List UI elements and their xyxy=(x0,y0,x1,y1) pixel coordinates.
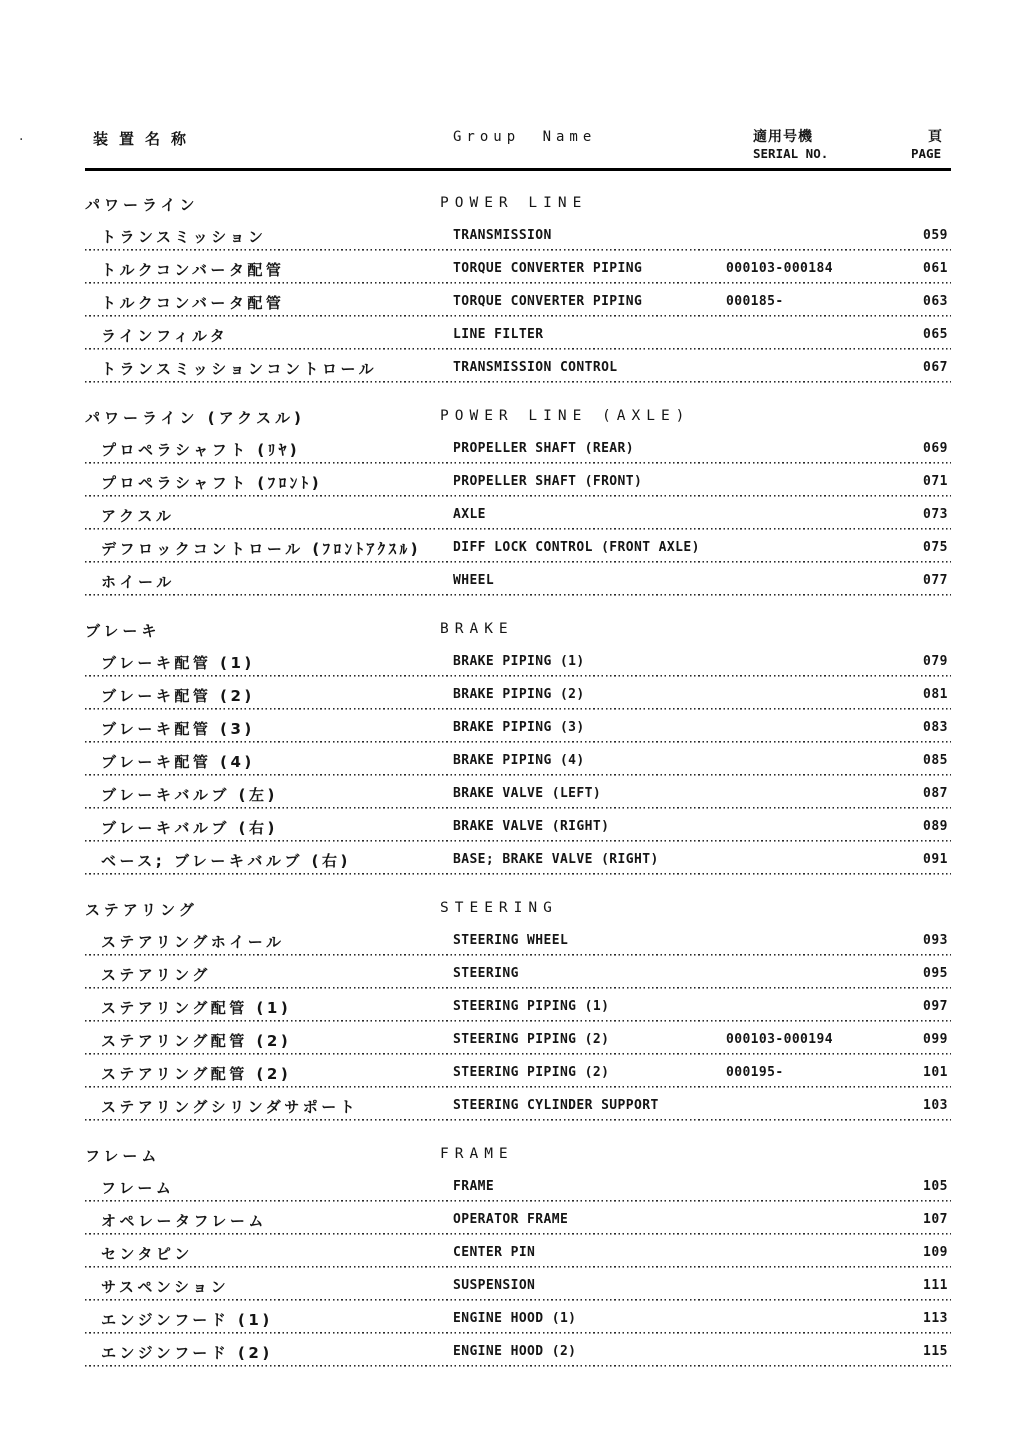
toc-row: オペレータフレーム OPERATOR FRAME 107 xyxy=(85,1203,951,1236)
row-device-name-jp: ブレーキ配管 (3) xyxy=(101,718,255,739)
row-group-name-en: STEERING PIPING (1) xyxy=(453,999,609,1014)
row-device-name-jp: サスペンション xyxy=(101,1276,229,1297)
section-title-jp: パワーライン xyxy=(85,194,199,215)
row-dotted-separator xyxy=(85,675,951,677)
row-device-name-jp: ラインフィルタ xyxy=(101,325,228,346)
row-device-name-jp: オペレータフレーム xyxy=(101,1210,267,1231)
toc-row: トランスミッション TRANSMISSION 059 xyxy=(85,219,951,252)
toc-row: エンジンフード (2) ENGINE HOOD (2) 115 xyxy=(85,1335,951,1368)
row-page-number: 097 xyxy=(880,999,948,1014)
row-page-number: 087 xyxy=(880,786,948,801)
toc-section: フレーム FRAME フレーム FRAME 105 オペレータフレーム OPER… xyxy=(85,1139,951,1368)
row-dotted-separator xyxy=(85,348,951,350)
toc-row: トルクコンバータ配管 TORQUE CONVERTER PIPING 00010… xyxy=(85,252,951,285)
toc-row: ブレーキ配管 (3) BRAKE PIPING (3) 083 xyxy=(85,711,951,744)
toc-row: ステアリング配管 (2) STEERING PIPING (2) 000195-… xyxy=(85,1056,951,1089)
row-dotted-separator xyxy=(85,708,951,710)
row-device-name-jp: ベース; ブレーキバルブ (右) xyxy=(101,850,351,871)
row-group-name-en: STEERING PIPING (2) xyxy=(453,1032,609,1047)
row-group-name-en: BRAKE VALVE (RIGHT) xyxy=(453,819,609,834)
row-device-name-jp: フレーム xyxy=(101,1177,174,1198)
scanned-parts-catalog-index-page: . 装置名称 Group Name 適用号機 SERIAL NO. 頁 PAGE… xyxy=(0,0,1024,1452)
row-group-name-en: TRANSMISSION xyxy=(453,228,552,243)
row-dotted-separator xyxy=(85,594,951,596)
row-group-name-en: BRAKE PIPING (3) xyxy=(453,720,585,735)
row-dotted-separator xyxy=(85,807,951,809)
row-group-name-en: BRAKE PIPING (1) xyxy=(453,654,585,669)
toc-row: トランスミッションコントロール TRANSMISSION CONTROL 067 xyxy=(85,351,951,384)
row-dotted-separator xyxy=(85,249,951,251)
toc-row: ブレーキ配管 (2) BRAKE PIPING (2) 081 xyxy=(85,678,951,711)
row-page-number: 059 xyxy=(880,228,948,243)
row-dotted-separator xyxy=(85,1266,951,1268)
row-group-name-en: DIFF LOCK CONTROL (FRONT AXLE) xyxy=(453,540,700,555)
row-group-name-en: LINE FILTER xyxy=(453,327,544,342)
row-device-name-jp: ステアリング配管 (1) xyxy=(101,997,291,1018)
row-page-number: 077 xyxy=(880,573,948,588)
row-device-name-jp: プロペラシャフト (ﾘﾔ) xyxy=(101,439,300,460)
row-dotted-separator xyxy=(85,1200,951,1202)
toc-row: ブレーキバルブ (左) BRAKE VALVE (LEFT) 087 xyxy=(85,777,951,810)
row-dotted-separator xyxy=(85,282,951,284)
row-group-name-en: ENGINE HOOD (2) xyxy=(453,1344,576,1359)
row-device-name-jp: ステアリング xyxy=(101,964,211,985)
row-device-name-jp: トルクコンバータ配管 xyxy=(101,259,284,280)
row-device-name-jp: ステアリングホイール xyxy=(101,931,285,952)
toc-row: ステアリング配管 (1) STEERING PIPING (1) 097 xyxy=(85,990,951,1023)
row-group-name-en: SUSPENSION xyxy=(453,1278,535,1293)
row-serial-no: 000103-000184 xyxy=(726,261,833,276)
row-group-name-en: TORQUE CONVERTER PIPING xyxy=(453,294,642,309)
row-dotted-separator xyxy=(85,1119,951,1121)
toc-row: ステアリングシリンダサポート STEERING CYLINDER SUPPORT… xyxy=(85,1089,951,1122)
row-page-number: 089 xyxy=(880,819,948,834)
row-serial-no: 000195- xyxy=(726,1065,784,1080)
row-dotted-separator xyxy=(85,1332,951,1334)
row-device-name-jp: ブレーキバルブ (左) xyxy=(101,784,278,805)
row-page-number: 091 xyxy=(880,852,948,867)
section-title-jp: パワーライン (アクスル) xyxy=(85,407,305,428)
row-group-name-en: TORQUE CONVERTER PIPING xyxy=(453,261,642,276)
row-group-name-en: STEERING CYLINDER SUPPORT xyxy=(453,1098,659,1113)
row-dotted-separator xyxy=(85,1020,951,1022)
row-group-name-en: BRAKE PIPING (2) xyxy=(453,687,585,702)
column-header-page-jp: 頁 xyxy=(928,126,942,146)
row-device-name-jp: ブレーキ配管 (2) xyxy=(101,685,255,706)
toc-row: センタピン CENTER PIN 109 xyxy=(85,1236,951,1269)
row-page-number: 079 xyxy=(880,654,948,669)
row-device-name-jp: プロペラシャフト (ﾌﾛﾝﾄ) xyxy=(101,472,322,493)
row-device-name-jp: ステアリングシリンダサポート xyxy=(101,1096,358,1117)
toc-sections: パワーライン POWER LINE トランスミッション TRANSMISSION… xyxy=(85,188,951,1368)
section-header: パワーライン POWER LINE xyxy=(85,188,951,219)
row-dotted-separator xyxy=(85,315,951,317)
row-dotted-separator xyxy=(85,1086,951,1088)
section-title-en: STEERING xyxy=(440,900,558,916)
row-dotted-separator xyxy=(85,1365,951,1367)
row-serial-no: 000185- xyxy=(726,294,784,309)
row-dotted-separator xyxy=(85,987,951,989)
section-rows: ステアリングホイール STEERING WHEEL 093 ステアリング STE… xyxy=(85,924,951,1122)
row-group-name-en: BRAKE PIPING (4) xyxy=(453,753,585,768)
toc-row: エンジンフード (1) ENGINE HOOD (1) 113 xyxy=(85,1302,951,1335)
column-header-page-en: PAGE xyxy=(911,146,941,161)
row-device-name-jp: トルクコンバータ配管 xyxy=(101,292,284,313)
row-page-number: 109 xyxy=(880,1245,948,1260)
toc-row: トルクコンバータ配管 TORQUE CONVERTER PIPING 00018… xyxy=(85,285,951,318)
toc-row: フレーム FRAME 105 xyxy=(85,1170,951,1203)
row-page-number: 067 xyxy=(880,360,948,375)
row-group-name-en: FRAME xyxy=(453,1179,494,1194)
row-page-number: 113 xyxy=(880,1311,948,1326)
toc-row: プロペラシャフト (ﾌﾛﾝﾄ) PROPELLER SHAFT (FRONT) … xyxy=(85,465,951,498)
stray-scan-mark: . xyxy=(19,128,23,144)
row-page-number: 095 xyxy=(880,966,948,981)
row-serial-no: 000103-000194 xyxy=(726,1032,833,1047)
column-header-device-name: 装置名称 xyxy=(93,128,197,149)
row-group-name-en: BRAKE VALVE (LEFT) xyxy=(453,786,601,801)
row-group-name-en: BASE; BRAKE VALVE (RIGHT) xyxy=(453,852,659,867)
row-page-number: 099 xyxy=(880,1032,948,1047)
toc-row: デフロックコントロール (ﾌﾛﾝﾄｱｸｽﾙ) DIFF LOCK CONTROL… xyxy=(85,531,951,564)
row-dotted-separator xyxy=(85,774,951,776)
column-header-serial-en: SERIAL NO. xyxy=(753,146,828,161)
row-page-number: 101 xyxy=(880,1065,948,1080)
toc-row: ステアリング STEERING 095 xyxy=(85,957,951,990)
row-page-number: 093 xyxy=(880,933,948,948)
row-dotted-separator xyxy=(85,1233,951,1235)
toc-row: ラインフィルタ LINE FILTER 065 xyxy=(85,318,951,351)
row-group-name-en: CENTER PIN xyxy=(453,1245,535,1260)
row-dotted-separator xyxy=(85,462,951,464)
toc-row: サスペンション SUSPENSION 111 xyxy=(85,1269,951,1302)
section-rows: ブレーキ配管 (1) BRAKE PIPING (1) 079 ブレーキ配管 (… xyxy=(85,645,951,876)
row-page-number: 069 xyxy=(880,441,948,456)
toc-row: プロペラシャフト (ﾘﾔ) PROPELLER SHAFT (REAR) 069 xyxy=(85,432,951,465)
section-title-en: POWER LINE xyxy=(440,195,587,211)
toc-row: ステアリング配管 (2) STEERING PIPING (2) 000103-… xyxy=(85,1023,951,1056)
section-title-en: FRAME xyxy=(440,1146,514,1162)
row-dotted-separator xyxy=(85,954,951,956)
section-title-en: BRAKE xyxy=(440,621,514,637)
row-group-name-en: AXLE xyxy=(453,507,486,522)
row-group-name-en: PROPELLER SHAFT (FRONT) xyxy=(453,474,642,489)
row-device-name-jp: センタピン xyxy=(101,1243,193,1264)
section-title-jp: フレーム xyxy=(85,1145,160,1166)
row-group-name-en: PROPELLER SHAFT (REAR) xyxy=(453,441,634,456)
row-dotted-separator xyxy=(85,840,951,842)
toc-section: パワーライン POWER LINE トランスミッション TRANSMISSION… xyxy=(85,188,951,384)
section-header: ステアリング STEERING xyxy=(85,893,951,924)
toc-section: ステアリング STEERING ステアリングホイール STEERING WHEE… xyxy=(85,893,951,1122)
row-dotted-separator xyxy=(85,561,951,563)
toc-section: パワーライン (アクスル) POWER LINE (AXLE) プロペラシャフト… xyxy=(85,401,951,597)
row-group-name-en: WHEEL xyxy=(453,573,494,588)
toc-row: ブレーキ配管 (1) BRAKE PIPING (1) 079 xyxy=(85,645,951,678)
row-dotted-separator xyxy=(85,1053,951,1055)
row-device-name-jp: エンジンフード (2) xyxy=(101,1342,273,1363)
row-device-name-jp: トランスミッションコントロール xyxy=(101,358,377,379)
toc-row: ホイール WHEEL 077 xyxy=(85,564,951,597)
row-page-number: 105 xyxy=(880,1179,948,1194)
table-header: 装置名称 Group Name 適用号機 SERIAL NO. 頁 PAGE xyxy=(85,126,951,171)
row-page-number: 075 xyxy=(880,540,948,555)
toc-row: ブレーキ配管 (4) BRAKE PIPING (4) 085 xyxy=(85,744,951,777)
row-group-name-en: TRANSMISSION CONTROL xyxy=(453,360,618,375)
toc-row: ベース; ブレーキバルブ (右) BASE; BRAKE VALVE (RIGH… xyxy=(85,843,951,876)
section-header: フレーム FRAME xyxy=(85,1139,951,1170)
row-device-name-jp: ホイール xyxy=(101,571,175,592)
row-device-name-jp: ブレーキ配管 (4) xyxy=(101,751,255,772)
row-page-number: 061 xyxy=(880,261,948,276)
row-group-name-en: OPERATOR FRAME xyxy=(453,1212,568,1227)
row-device-name-jp: ステアリング配管 (2) xyxy=(101,1030,291,1051)
row-page-number: 107 xyxy=(880,1212,948,1227)
row-device-name-jp: ブレーキバルブ (右) xyxy=(101,817,278,838)
row-dotted-separator xyxy=(85,528,951,530)
row-device-name-jp: エンジンフード (1) xyxy=(101,1309,273,1330)
section-rows: プロペラシャフト (ﾘﾔ) PROPELLER SHAFT (REAR) 069… xyxy=(85,432,951,597)
section-rows: トランスミッション TRANSMISSION 059 トルクコンバータ配管 TO… xyxy=(85,219,951,384)
row-group-name-en: STEERING WHEEL xyxy=(453,933,568,948)
section-title-jp: ステアリング xyxy=(85,899,198,920)
column-header-group-name: Group Name xyxy=(453,129,596,145)
row-dotted-separator xyxy=(85,381,951,383)
row-dotted-separator xyxy=(85,873,951,875)
section-header: ブレーキ BRAKE xyxy=(85,614,951,645)
table-of-contents: 装置名称 Group Name 適用号機 SERIAL NO. 頁 PAGE パ… xyxy=(85,126,951,1368)
row-page-number: 103 xyxy=(880,1098,948,1113)
row-group-name-en: STEERING xyxy=(453,966,519,981)
row-dotted-separator xyxy=(85,1299,951,1301)
row-dotted-separator xyxy=(85,495,951,497)
row-page-number: 063 xyxy=(880,294,948,309)
section-title-en: POWER LINE (AXLE) xyxy=(440,408,690,424)
row-device-name-jp: ステアリング配管 (2) xyxy=(101,1063,291,1084)
row-group-name-en: STEERING PIPING (2) xyxy=(453,1065,609,1080)
row-dotted-separator xyxy=(85,741,951,743)
row-page-number: 111 xyxy=(880,1278,948,1293)
row-device-name-jp: デフロックコントロール (ﾌﾛﾝﾄｱｸｽﾙ) xyxy=(101,538,421,559)
row-group-name-en: ENGINE HOOD (1) xyxy=(453,1311,576,1326)
row-device-name-jp: トランスミッション xyxy=(101,226,266,247)
row-page-number: 071 xyxy=(880,474,948,489)
row-page-number: 081 xyxy=(880,687,948,702)
toc-row: ブレーキバルブ (右) BRAKE VALVE (RIGHT) 089 xyxy=(85,810,951,843)
section-title-jp: ブレーキ xyxy=(85,620,160,641)
section-header: パワーライン (アクスル) POWER LINE (AXLE) xyxy=(85,401,951,432)
toc-section: ブレーキ BRAKE ブレーキ配管 (1) BRAKE PIPING (1) 0… xyxy=(85,614,951,876)
toc-row: ステアリングホイール STEERING WHEEL 093 xyxy=(85,924,951,957)
column-header-serial-jp: 適用号機 xyxy=(753,126,813,146)
row-page-number: 065 xyxy=(880,327,948,342)
row-page-number: 083 xyxy=(880,720,948,735)
row-page-number: 115 xyxy=(880,1344,948,1359)
row-page-number: 085 xyxy=(880,753,948,768)
section-rows: フレーム FRAME 105 オペレータフレーム OPERATOR FRAME … xyxy=(85,1170,951,1368)
toc-row: アクスル AXLE 073 xyxy=(85,498,951,531)
row-page-number: 073 xyxy=(880,507,948,522)
row-device-name-jp: ブレーキ配管 (1) xyxy=(101,652,255,673)
row-device-name-jp: アクスル xyxy=(101,505,174,526)
